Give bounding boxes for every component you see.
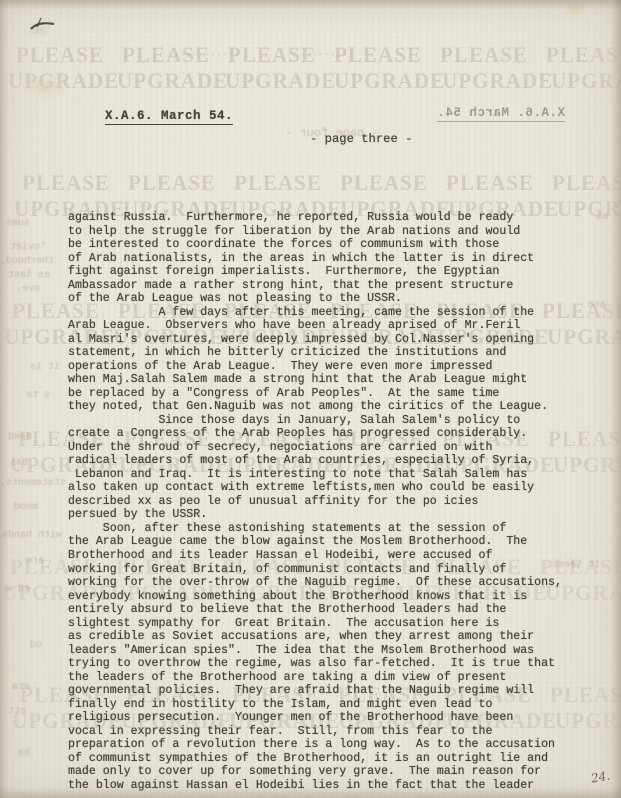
typewritten-line: to help the struggle for liberation by t…	[68, 225, 520, 239]
typewritten-line: statement, in which he bitterly criticiz…	[68, 346, 506, 360]
typewritten-line: they noted, that Gen.Naguib was not amon…	[68, 400, 548, 414]
pencil-scribble	[28, 14, 58, 36]
typewritten-line: entirely absurd to believe that the Brot…	[68, 603, 506, 617]
typewritten-line: the Arab League came the blow against th…	[68, 535, 527, 549]
typewritten-line: against Russia. Furthermore, he reported…	[68, 211, 513, 225]
typewritten-line: the blow against Hassan el Hodeibi lies …	[68, 779, 534, 793]
typewritten-line: Ambassador made a rather strong hint, th…	[68, 279, 513, 293]
typewritten-line: of the Arab League was not pleasing to t…	[68, 292, 402, 306]
typewritten-line: radical leaders of most of the Arab coun…	[68, 454, 534, 468]
typewritten-line: Brotherhood and its leader Hassan el Hod…	[68, 549, 492, 563]
typewritten-line: leaders "American spies". The idea that …	[68, 644, 534, 658]
typewritten-line: made only to cover up for something very…	[68, 765, 541, 779]
typewritten-line: described xx as peo le of unusual affini…	[68, 495, 479, 509]
typewritten-line: vocal in expressing their fear. Still, f…	[68, 725, 492, 739]
typewritten-line: create a Congress of the Arab Peoples ha…	[68, 427, 527, 441]
typewritten-line: religious persecution. Younger men of th…	[68, 711, 513, 725]
typewritten-line: Since those days in January, Salah Salem…	[68, 414, 520, 428]
typewritten-line: slightest sympathy for Great Britain. Th…	[68, 617, 499, 631]
typewritten-line: governmental policies. They are afraid t…	[68, 684, 534, 698]
typewritten-line: of communist sympathies of the Brotherho…	[68, 752, 548, 766]
typewritten-line: working for the over-throw of the Naguib…	[68, 576, 562, 590]
typewritten-line: A few days after this meeting, came the …	[68, 306, 534, 320]
typewritten-line: be interested to coordinate the forces o…	[68, 238, 499, 252]
scanned-document-page: PLEASEUPGRADEPLEASEUPGRADEPLEASEUPGRADEP…	[0, 0, 621, 798]
typewritten-line: Soon, after these astonishing statements…	[68, 522, 506, 536]
typewritten-text-layer: X.A.6. March 54. - page three - against …	[0, 0, 621, 798]
typewritten-line: when Maj.Salah Salem made a strong hint …	[68, 373, 527, 387]
typewritten-line: of Arab nationalists, in the areas in wh…	[68, 252, 534, 266]
typewritten-line: al Masri's overtures, were deeply impres…	[68, 333, 534, 347]
typewritten-line: everybody knowing something about the Br…	[68, 590, 527, 604]
page-number-label: - page three -	[310, 132, 412, 146]
typewritten-line: persued by the USSR.	[68, 508, 207, 522]
typewritten-line: the leaders of the Brotherhood are takin…	[68, 671, 506, 685]
typewritten-line: as credible as Soviet accusations are, w…	[68, 630, 534, 644]
typewritten-line: Under the shroud of secrecy, negociation…	[68, 441, 492, 455]
typewritten-line: fight against foreign imperialists. Furt…	[68, 265, 499, 279]
typewritten-line: preparation of a revolution there is a l…	[68, 738, 555, 752]
typewritten-line: operations of the Arab League. They were…	[68, 360, 492, 374]
typewritten-line: be replaced by a "Congress of Arab Peopl…	[68, 387, 499, 401]
typewritten-line: finally end in hostility to the Islam, a…	[68, 698, 492, 712]
typewritten-line: also taken up contact with extreme lefti…	[68, 481, 534, 495]
typewritten-line: trying to overthrow the regime, was also…	[68, 657, 555, 671]
typewritten-line: Lebanon and Iraq. It is interesting to n…	[68, 468, 527, 482]
doc-ref-header: X.A.6. March 54.	[105, 109, 233, 125]
typewritten-line: working for Great Britain, of communist …	[68, 563, 506, 577]
typewritten-line: Arab League. Observers who have been alr…	[68, 319, 520, 333]
